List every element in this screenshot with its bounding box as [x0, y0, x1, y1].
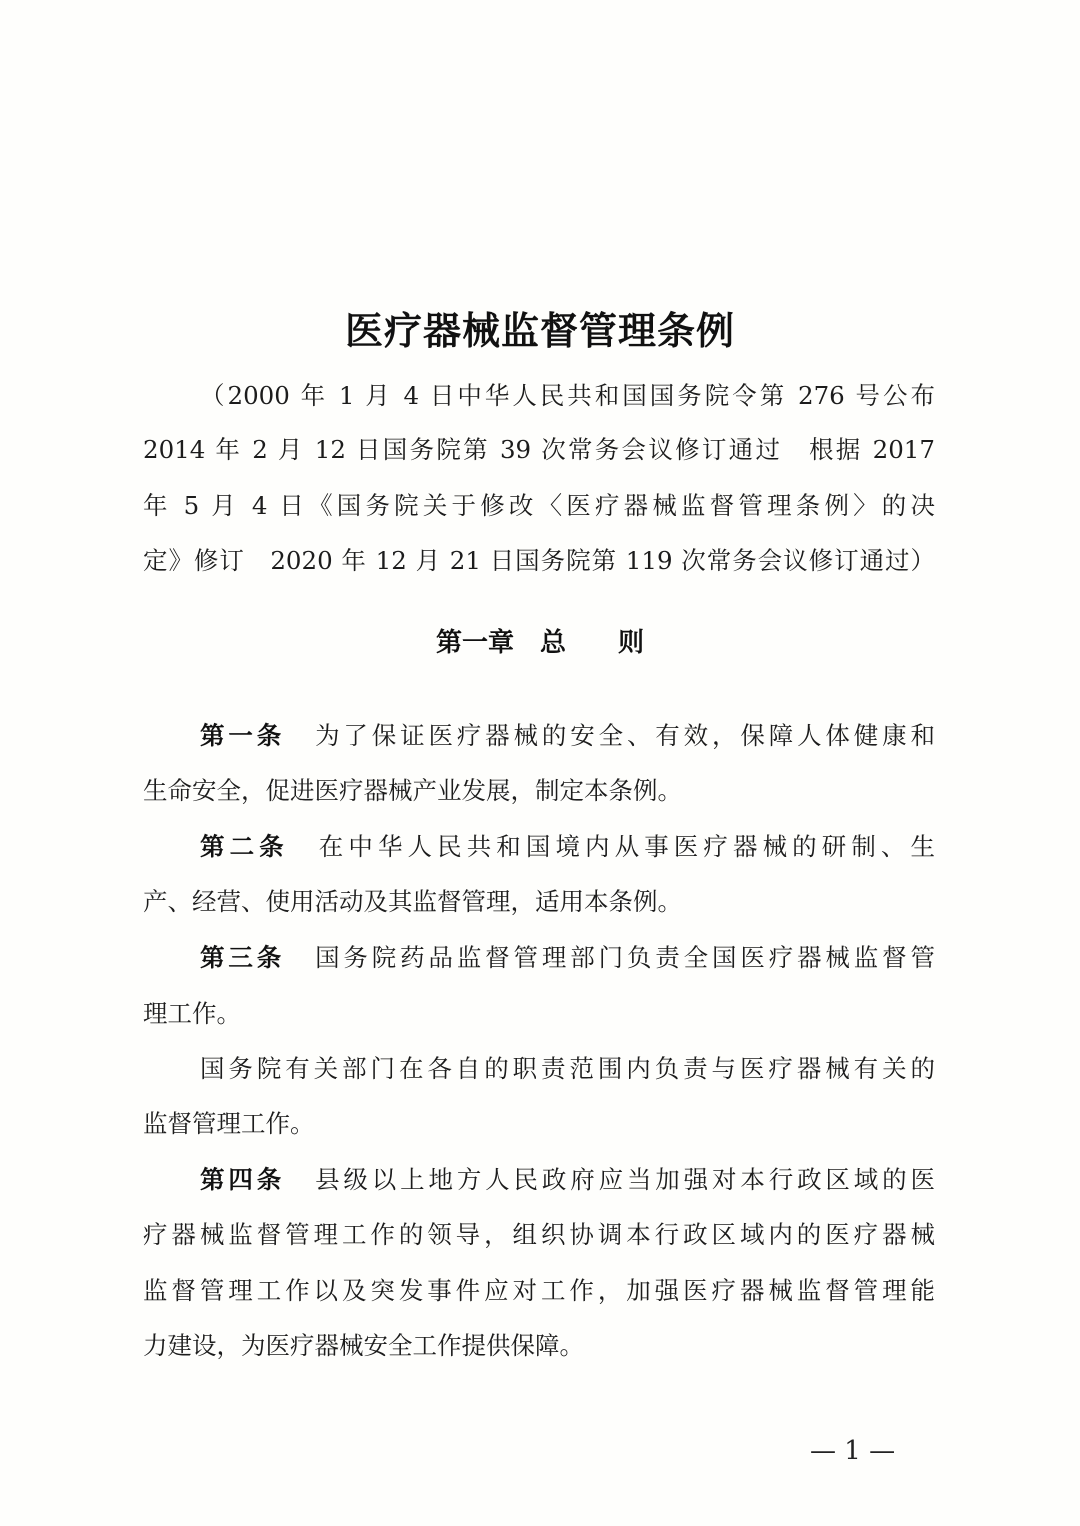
article-1-text-2: 生命安全，促进医疗器械产业发展，制定本条例。 [143, 773, 935, 809]
article-2-text-2: 产、经营、使用活动及其监督管理，适用本条例。 [143, 884, 935, 920]
article-3-first-line: 第三条国务院药品监督管理部门负责全国医疗器械监督管 [200, 940, 935, 976]
article-3-paragraph-2-line-2: 监督管理工作。 [143, 1106, 935, 1142]
article-1-text-1: 为了保证医疗器械的安全、有效，保障人体健康和 [315, 721, 935, 750]
article-3-label: 第三条 [200, 943, 285, 972]
article-4-label: 第四条 [200, 1165, 285, 1194]
history-line-4: 定》修订 2020 年 12 月 21 日国务院第 119 次常务会议修订通过） [143, 543, 935, 579]
document-title: 医疗器械监督管理条例 [0, 306, 1080, 356]
article-4-text-4: 力建设，为医疗器械安全工作提供保障。 [143, 1328, 935, 1364]
article-3-paragraph-2-line-1: 国务院有关部门在各自的职责范围内负责与医疗器械有关的 [200, 1051, 935, 1087]
article-4-text-3: 监督管理工作以及突发事件应对工作，加强医疗器械监督管理能 [143, 1273, 935, 1309]
document-page: 医疗器械监督管理条例 （2000 年 1 月 4 日中华人民共和国国务院令第 2… [0, 0, 1080, 1526]
article-3-text-2: 理工作。 [143, 996, 935, 1032]
history-line-1: （2000 年 1 月 4 日中华人民共和国国务院令第 276 号公布 [200, 378, 935, 414]
article-1-first-line: 第一条为了保证医疗器械的安全、有效，保障人体健康和 [200, 718, 935, 754]
article-1-label: 第一条 [200, 721, 285, 750]
article-2-text-1: 在中华人民共和国境内从事医疗器械的研制、生 [319, 832, 935, 861]
history-line-2: 2014 年 2 月 12 日国务院第 39 次常务会议修订通过 根据 2017 [143, 432, 935, 468]
chapter-heading: 第一章 总 则 [0, 625, 1080, 661]
article-4-first-line: 第四条县级以上地方人民政府应当加强对本行政区域的医 [200, 1162, 935, 1198]
article-4-text-1: 县级以上地方人民政府应当加强对本行政区域的医 [315, 1165, 935, 1194]
article-4-text-2: 疗器械监督管理工作的领导，组织协调本行政区域内的医疗器械 [143, 1217, 935, 1253]
article-2-label: 第二条 [200, 832, 289, 861]
article-3-text-1: 国务院药品监督管理部门负责全国医疗器械监督管 [315, 943, 935, 972]
article-2-first-line: 第二条在中华人民共和国境内从事医疗器械的研制、生 [200, 829, 935, 865]
history-line-3: 年 5 月 4 日《国务院关于修改〈医疗器械监督管理条例〉的决 [143, 488, 935, 524]
page-number: — 1 — [810, 1433, 895, 1469]
